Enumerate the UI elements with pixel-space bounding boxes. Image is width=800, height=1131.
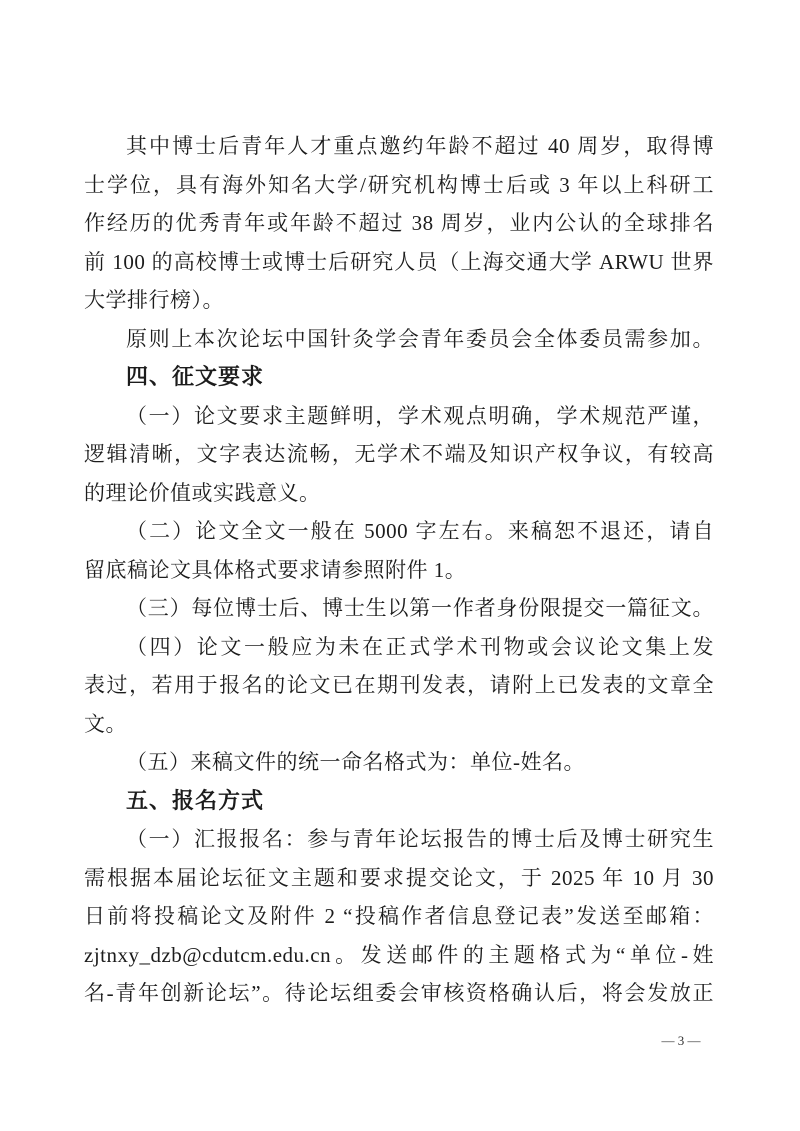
body-line: （四）论文一般应为未在正式学术刊物或会议论文集上发 <box>84 628 714 667</box>
paragraph-requirement-1: （一）论文要求主题鲜明，学术观点明确，学术规范严谨， 逻辑清晰，文字表达流畅，无… <box>84 397 714 513</box>
document-body: 其中博士后青年人才重点邀约年龄不超过 40 周岁，取得博 士学位，具有海外知名大… <box>84 127 714 1013</box>
paragraph-committee-attendance: 原则上本次论坛中国针灸学会青年委员会全体委员需参加。 <box>84 320 714 359</box>
page-number: — 3 — <box>646 1033 716 1049</box>
body-line: （一）论文要求主题鲜明，学术观点明确，学术规范严谨， <box>84 397 714 436</box>
body-line: 名-青年创新论坛”。待论坛组委会审核资格确认后，将会发放正 <box>84 974 714 1013</box>
paragraph-registration-1: （一）汇报报名：参与青年论坛报告的博士后及博士研究生 需根据本届论坛征文主题和要… <box>84 820 714 1013</box>
body-line: （一）汇报报名：参与青年论坛报告的博士后及博士研究生 <box>84 820 714 859</box>
body-line: （二）论文全文一般在 5000 字左右。来稿恕不退还，请自 <box>84 512 714 551</box>
body-line: 前 100 的高校博士或博士后研究人员（上海交通大学 ARWU 世界 <box>84 243 714 282</box>
paragraph-requirement-3: （三）每位博士后、博士生以第一作者身份限提交一篇征文。 <box>84 589 714 628</box>
body-line: 其中博士后青年人才重点邀约年龄不超过 40 周岁，取得博 <box>84 127 714 166</box>
body-line: zjtnxy_dzb@cdutcm.edu.cn。发送邮件的主题格式为“单位-姓 <box>84 936 714 975</box>
body-line: 大学排行榜）。 <box>84 281 714 320</box>
body-line: 原则上本次论坛中国针灸学会青年委员会全体委员需参加。 <box>84 320 714 359</box>
body-line: 日前将投稿论文及附件 2 “投稿作者信息登记表”发送至邮箱： <box>84 897 714 936</box>
body-line: 作经历的优秀青年或年龄不超过 38 周岁，业内公认的全球排名 <box>84 204 714 243</box>
paragraph-requirement-2: （二）论文全文一般在 5000 字左右。来稿恕不退还，请自 留底稿论文具体格式要… <box>84 512 714 589</box>
body-line: 留底稿论文具体格式要求请参照附件 1。 <box>84 551 714 590</box>
section-heading-4: 四、征文要求 <box>84 358 714 397</box>
body-line: （三）每位博士后、博士生以第一作者身份限提交一篇征文。 <box>84 589 714 628</box>
paragraph-eligibility: 其中博士后青年人才重点邀约年龄不超过 40 周岁，取得博 士学位，具有海外知名大… <box>84 127 714 320</box>
paragraph-requirement-4: （四）论文一般应为未在正式学术刊物或会议论文集上发 表过，若用于报名的论文已在期… <box>84 628 714 744</box>
heading-line: 四、征文要求 <box>84 358 714 397</box>
body-line: 逻辑清晰，文字表达流畅，无学术不端及知识产权争议，有较高 <box>84 435 714 474</box>
body-line: 的理论价值或实践意义。 <box>84 474 714 513</box>
body-line: 表过，若用于报名的论文已在期刊发表，请附上已发表的文章全 <box>84 666 714 705</box>
heading-line: 五、报名方式 <box>84 782 714 821</box>
body-line: 士学位，具有海外知名大学/研究机构博士后或 3 年以上科研工 <box>84 166 714 205</box>
body-line: 需根据本届论坛征文主题和要求提交论文，于 2025 年 10 月 30 <box>84 859 714 898</box>
document-page: 其中博士后青年人才重点邀约年龄不超过 40 周岁，取得博 士学位，具有海外知名大… <box>0 0 800 1131</box>
paragraph-requirement-5: （五）来稿文件的统一命名格式为：单位-姓名。 <box>84 743 714 782</box>
section-heading-5: 五、报名方式 <box>84 782 714 821</box>
body-line: （五）来稿文件的统一命名格式为：单位-姓名。 <box>84 743 714 782</box>
body-line: 文。 <box>84 705 714 744</box>
